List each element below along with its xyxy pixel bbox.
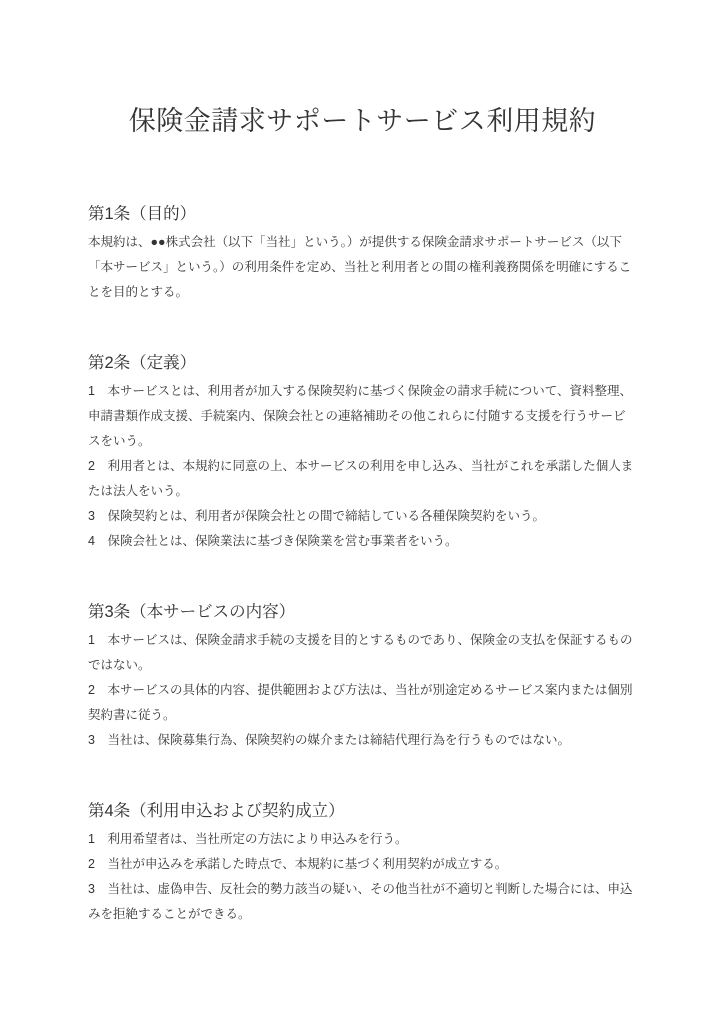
article-1-paragraph: 本規約は、●●株式会社（以下「当社」という。）が提供する保険金請求サポートサービ… [88, 230, 637, 305]
document-title: 保険金請求サポートサービス利用規約 [88, 0, 637, 140]
article-1-heading: 第1条（目的） [88, 204, 637, 224]
article-2-item-1: 1 本サービスとは、利用者が加入する保険契約に基づく保険金の請求手続について、資… [88, 379, 637, 454]
article-4-item-2: 2 当社が申込みを承諾した時点で、本規約に基づく利用契約が成立する。 [88, 852, 637, 877]
article-2-heading: 第2条（定義） [88, 353, 637, 373]
article-4-body: 1 利用希望者は、当社所定の方法により申込みを行う。 2 当社が申込みを承諾した… [88, 827, 637, 927]
article-2-item-4: 4 保険会社とは、保険業法に基づき保険業を営む事業者をいう。 [88, 529, 637, 554]
section-article-3: 第3条（本サービスの内容） 1 本サービスは、保険金請求手続の支援を目的とするも… [88, 602, 637, 753]
section-article-2: 第2条（定義） 1 本サービスとは、利用者が加入する保険契約に基づく保険金の請求… [88, 353, 637, 554]
article-2-body: 1 本サービスとは、利用者が加入する保険契約に基づく保険金の請求手続について、資… [88, 379, 637, 554]
article-4-heading: 第4条（利用申込および契約成立） [88, 801, 637, 821]
document-content: 保険金請求サポートサービス利用規約 第1条（目的） 本規約は、●●株式会社（以下… [0, 0, 724, 927]
article-4-item-1: 1 利用希望者は、当社所定の方法により申込みを行う。 [88, 827, 637, 852]
section-article-1: 第1条（目的） 本規約は、●●株式会社（以下「当社」という。）が提供する保険金請… [88, 204, 637, 305]
article-4-item-3: 3 当社は、虚偽申告、反社会的勢力該当の疑い、その他当社が不適切と判断した場合に… [88, 877, 637, 927]
section-article-4: 第4条（利用申込および契約成立） 1 利用希望者は、当社所定の方法により申込みを… [88, 801, 637, 927]
document-page: 保険金請求サポートサービス利用規約 第1条（目的） 本規約は、●●株式会社（以下… [0, 0, 724, 1024]
article-3-item-2: 2 本サービスの具体的内容、提供範囲および方法は、当社が別途定めるサービス案内ま… [88, 678, 637, 728]
article-3-heading: 第3条（本サービスの内容） [88, 602, 637, 622]
article-3-item-3: 3 当社は、保険募集行為、保険契約の媒介または締結代理行為を行うものではない。 [88, 728, 637, 753]
article-1-body: 本規約は、●●株式会社（以下「当社」という。）が提供する保険金請求サポートサービ… [88, 230, 637, 305]
article-2-item-3: 3 保険契約とは、利用者が保険会社との間で締結している各種保険契約をいう。 [88, 504, 637, 529]
article-3-item-1: 1 本サービスは、保険金請求手続の支援を目的とするものであり、保険金の支払を保証… [88, 628, 637, 678]
article-3-body: 1 本サービスは、保険金請求手続の支援を目的とするものであり、保険金の支払を保証… [88, 628, 637, 753]
article-2-item-2: 2 利用者とは、本規約に同意の上、本サービスの利用を申し込み、当社がこれを承諾し… [88, 454, 637, 504]
